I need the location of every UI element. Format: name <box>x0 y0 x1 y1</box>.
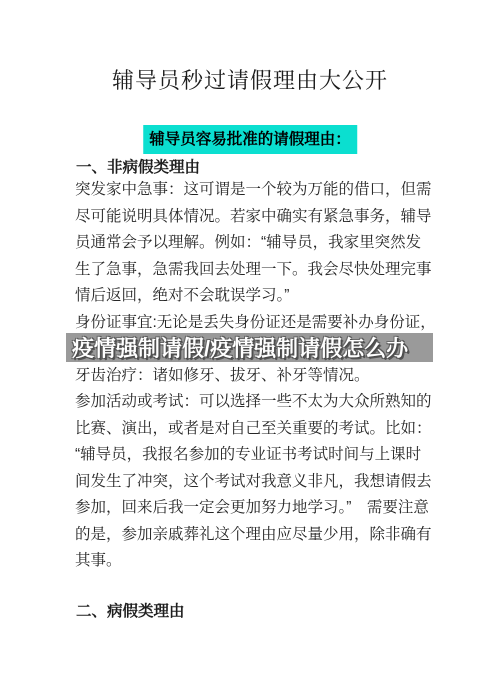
watermark-text: 疫情强制请假/疫情强制请假怎么办 <box>66 333 408 362</box>
highlight-banner: 辅导员容易批准的请假理由： <box>143 125 357 154</box>
text-line: 参加活动或考试：可以选择一些不太为大众所熟知的 <box>75 389 437 416</box>
text-line: 的是，参加亲戚葬礼这个理由应尽量少用，除非确有 <box>75 522 437 549</box>
text-line: “辅导员，我报名参加的专业证书考试时间与上课时 <box>75 442 437 469</box>
text-line: 突发家中急事：这可谓是一个较为万能的借口，但需 <box>75 177 437 204</box>
text-line: 牙齿治疗：诸如修牙、拔牙、补牙等情况。 <box>75 363 437 390</box>
document-page: 辅导员秒过请假理由大公开 辅导员容易批准的请假理由： 一、非病假类理由 突发家中… <box>0 0 500 693</box>
text-line: 员通常会予以理解。例如：“辅导员，我家里突然发 <box>75 230 437 257</box>
text-line: 比赛、演出，或者是对自己至关重要的考试。比如： <box>75 416 437 443</box>
text-line: 生了急事，急需我回去处理一下。我会尽快处理完事 <box>75 257 437 284</box>
text-line: 尽可能说明具体情况。若家中确实有紧急事务，辅导 <box>75 204 437 231</box>
section-1-heading: 一、非病假类理由 <box>76 155 200 177</box>
text-line: 其事。 <box>75 548 437 575</box>
body-text: 突发家中急事：这可谓是一个较为万能的借口，但需 尽可能说明具体情况。若家中确实有… <box>75 177 437 575</box>
text-line: 情后返回，绝对不会耽误学习。” <box>75 283 437 310</box>
text-line: 参加，回来后我一定会更加努力地学习。” 需要注意 <box>75 495 437 522</box>
watermark-overlay: 疫情强制请假/疫情强制请假怎么办 <box>66 333 433 362</box>
text-line: 间发生了冲突，这个考试对我意义非凡，我想请假去 <box>75 469 437 496</box>
page-title: 辅导员秒过请假理由大公开 <box>0 64 500 95</box>
section-2-heading: 二、病假类理由 <box>76 599 185 621</box>
